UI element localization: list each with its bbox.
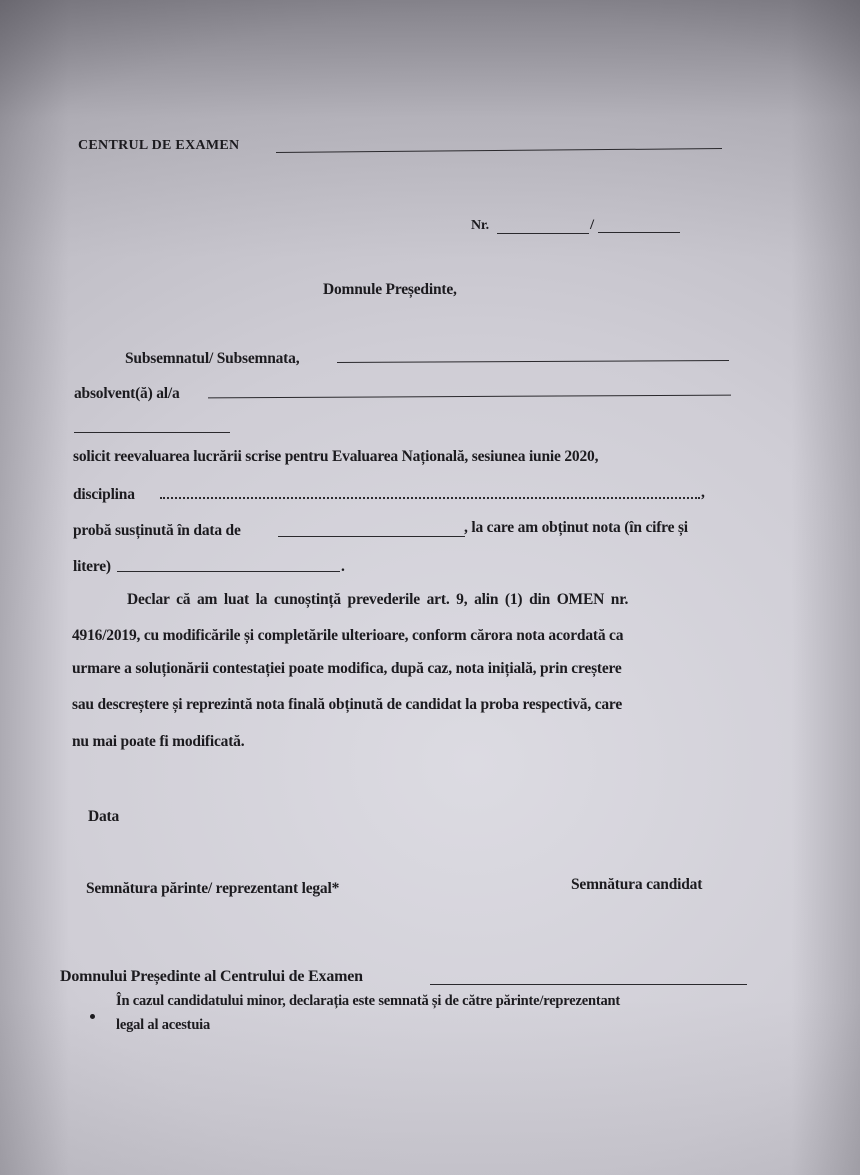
grade-label: , la care am obținut nota (în cifre și	[464, 519, 688, 537]
note-line-2: legal al acestuia	[116, 1017, 210, 1034]
exam-date-field[interactable]	[278, 536, 465, 537]
nr-separator: /	[590, 217, 594, 234]
exam-center-field[interactable]	[276, 148, 722, 153]
nr-number-field[interactable]	[497, 233, 589, 234]
request-line: solicit reevaluarea lucrării scrise pent…	[73, 448, 598, 466]
nr-label: Nr.	[471, 218, 489, 234]
discipline-field[interactable]	[160, 497, 700, 499]
nr-date-field[interactable]	[598, 232, 680, 233]
undersigned-label: Subsemnatul/ Subsemnata,	[125, 350, 299, 368]
declaration-line-3: urmare a soluționării contestației poate…	[72, 660, 622, 678]
declaration-line-4: sau descreștere și reprezintă nota final…	[72, 696, 622, 714]
letters-end: .	[341, 558, 345, 576]
discipline-end: ,	[701, 484, 705, 502]
exam-date-label: probă susținută în data de	[73, 522, 241, 540]
candidate-signature-label: Semnătura candidat	[571, 876, 702, 894]
undersigned-name-field[interactable]	[337, 360, 729, 363]
graduate-school-field[interactable]	[208, 395, 731, 399]
document-page: { "header": { "exam_center_label": "CENT…	[0, 0, 860, 1175]
salutation: Domnule Președinte,	[323, 281, 457, 299]
exam-center-label: CENTRUL DE EXAMEN	[78, 138, 239, 154]
date-label: Data	[88, 808, 119, 826]
note-line-1: În cazul candidatului minor, declarația …	[116, 993, 620, 1010]
grade-field[interactable]	[117, 571, 340, 572]
addressee-field[interactable]	[430, 984, 747, 985]
declaration-line-2: 4916/2019, cu modificările și completări…	[72, 627, 623, 645]
note-bullet-icon	[90, 1004, 95, 1023]
declaration-line-1: Declar că am luat la cunoștință preveder…	[127, 591, 628, 609]
declaration-line-5: nu mai poate fi modificată.	[72, 733, 244, 751]
graduate-school-field-continued[interactable]	[74, 432, 230, 433]
discipline-label: disciplina	[73, 486, 135, 504]
graduate-label: absolvent(ă) al/a	[74, 385, 180, 403]
letters-label: litere)	[73, 558, 111, 576]
parent-signature-label: Semnătura părinte/ reprezentant legal*	[86, 880, 339, 898]
addressee-label: Domnului Președinte al Centrului de Exam…	[60, 968, 363, 986]
